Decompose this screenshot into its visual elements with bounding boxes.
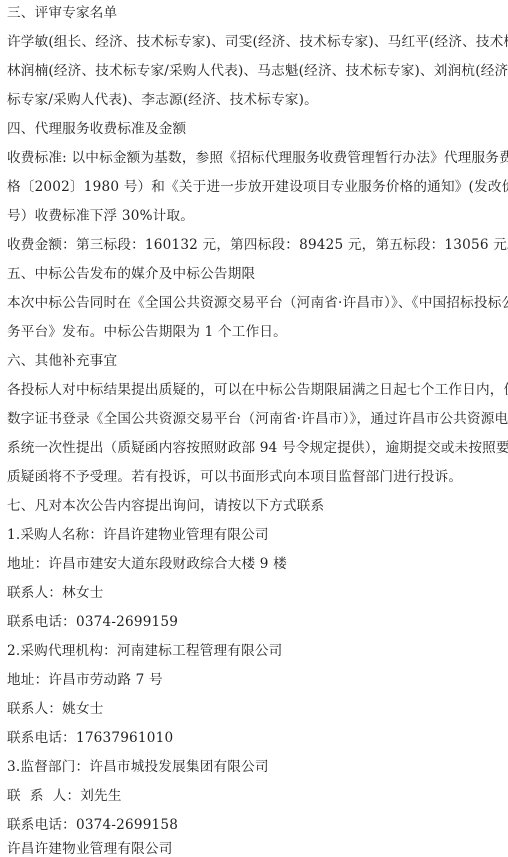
signature-company: 许昌许建物业管理有限公司: [7, 840, 173, 857]
purchaser-phone: 联系电话：0374-2699159: [7, 613, 178, 631]
fee-standard-line-1: 收费标准: 以中标金额为基数，参照《招标代理服务收费管理暂行办法》代理服务费（计…: [7, 149, 508, 167]
fee-standard-line-3: 号）收费标准下浮 30%计取。: [7, 207, 194, 225]
section-five-heading: 五、中标公告发布的媒介及中标公告期限: [7, 265, 255, 283]
purchaser-name: 1.采购人名称：许昌许建物业管理有限公司: [7, 526, 269, 544]
section-four-heading: 四、代理服务收费标准及金额: [7, 120, 186, 138]
objection-line-4: 质疑函将不予受理。若有投诉，可以书面形式向本项目监督部门进行投诉。: [7, 468, 462, 486]
experts-line-2: 林润楠(经济、技术标专家/采购人代表)、马志魁(经济、技术标专家)、刘润杭(经济…: [7, 62, 508, 80]
section-seven-heading: 七、凡对本次公告内容提出询问，请按以下方式联系: [7, 497, 324, 515]
document-page: 三、评审专家名单 许学敏(组长、经济、技术标专家)、司雯(经济、技术标专家)、马…: [0, 0, 508, 857]
section-three-heading: 三、评审专家名单: [7, 4, 117, 22]
agency-name: 2.采购代理机构：河南建标工程管理有限公司: [7, 642, 282, 660]
fee-amount-line: 收费金额：第三标段：160132 元，第四标段：89425 元，第五标段：130…: [7, 236, 508, 254]
agency-phone: 联系电话：17637961010: [7, 729, 173, 747]
objection-line-2: 数字证书登录《全国公共资源交易平台（河南省·许昌市）》，通过许昌市公共资源电子交…: [7, 410, 508, 428]
experts-line-1: 许学敏(组长、经济、技术标专家)、司雯(经济、技术标专家)、马红平(经济、技术标…: [7, 33, 508, 51]
objection-line-3: 系统一次性提出（质疑函内容按照财政部 94 号令规定提供），逾期提交或未按照要求…: [7, 439, 508, 457]
media-line-2: 务平台》发布。中标公告期限为 1 个工作日。: [7, 323, 287, 341]
purchaser-address: 地址：许昌市建安大道东段财政综合大楼 9 楼: [7, 555, 287, 573]
supervisor-phone: 联系电话：0374-2699158: [7, 816, 178, 834]
fee-standard-line-2: 格〔2002〕1980 号）和《关于进一步放开建设项目专业服务价格的通知》(发改…: [7, 178, 508, 196]
section-six-heading: 六、其他补充事宜: [7, 352, 117, 370]
agency-address: 地址：许昌市劳动路 7 号: [7, 671, 163, 689]
experts-line-3: 标专家/采购人代表)、李志源(经济、技术标专家)。: [7, 91, 318, 109]
agency-contact-person: 联系人：姚女士: [7, 700, 104, 718]
purchaser-contact-person: 联系人：林女士: [7, 584, 104, 602]
objection-line-1: 各投标人对中标结果提出质疑的，可以在中标公告期限届满之日起七个工作日内，使用 C…: [7, 381, 508, 399]
media-line-1: 本次中标公告同时在《全国公共资源交易平台（河南省·许昌市）》、《中国招标投标公共…: [7, 294, 508, 312]
supervisor-name: 3.监督部门：许昌市城投发展集团有限公司: [7, 758, 269, 776]
supervisor-contact-person: 联 系 人：刘先生: [7, 787, 122, 805]
